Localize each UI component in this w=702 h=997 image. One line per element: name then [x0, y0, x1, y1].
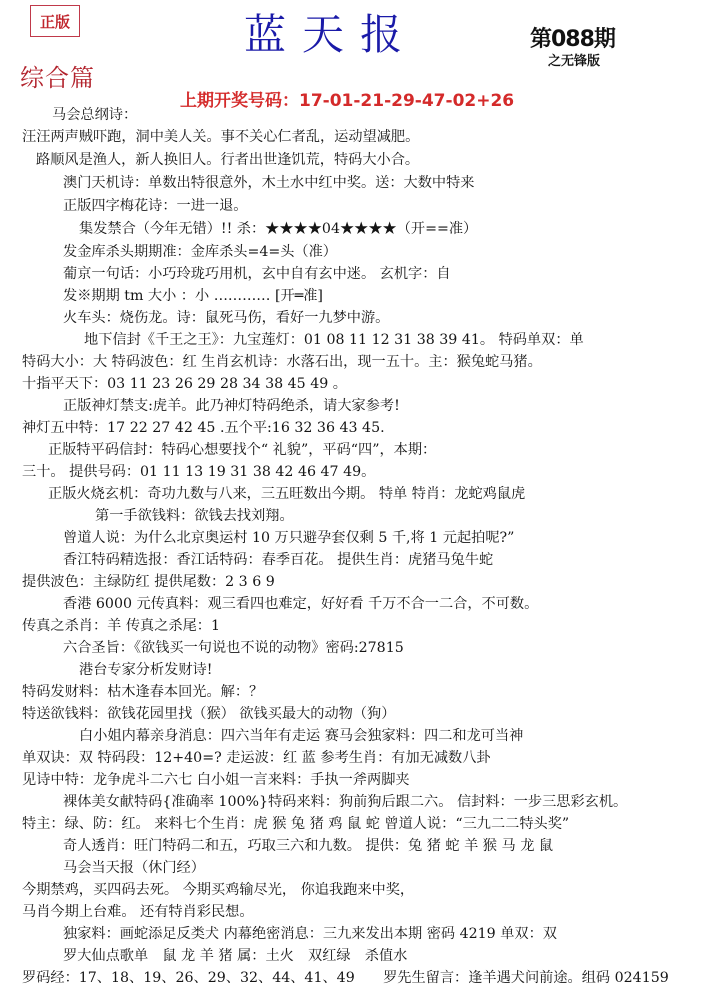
text-line: 汪汪两声贼吓跑，洞中美人关。事不关心仁者乱，运动望减肥。: [22, 126, 419, 146]
text-line: 葡京一句话：小巧玲珑巧用机，玄中自有玄中迷。 玄机字：自: [63, 263, 451, 283]
text-line: 马肖今期上台难。 还有特肖彩民想。: [22, 901, 254, 921]
text-line: 奇人透肖：旺门特码二和五，巧取三六和九数。 提供：兔 猪 蛇 羊 猴 马 龙 鼠: [63, 835, 553, 855]
text-line: 特码发财料：枯木逢春本回光。解：？: [22, 681, 263, 701]
text-line: 特码大小：大 特码波色：红 生肖玄机诗：水落石出，现一五十。主：猴兔蛇马猪。: [22, 351, 542, 371]
text-line: 白小姐内幕亲身消息：四六当年有走运 赛马会独家料：四二和龙可当神: [79, 725, 523, 745]
text-line: 见诗中特：龙争虎斗二六七 白小姐一言来料：手执一斧两脚夹: [22, 769, 410, 789]
text-line: 马会总纲诗：: [52, 104, 137, 124]
text-line: 特主：绿、防：红。 来料七个生肖：虎 猴 兔 猪 鸡 鼠 蛇 曾道人说：“三九二…: [22, 813, 569, 833]
text-line: 正版特平码信封：特码心想要找个“ 礼貌”，平码“四”，本期：: [48, 439, 436, 459]
text-line: 单双诀：双 特码段：12+40=? 走运波：红 蓝 参考生肖：有加无减数八卦: [22, 747, 491, 767]
issue-number: 第088期: [530, 22, 615, 53]
last-draw-numbers: 17-01-21-29-47-02+26: [299, 91, 514, 111]
text-line: 地下信封《千王之王》：九宝莲灯：01 08 11 12 31 38 39 41。…: [84, 329, 584, 349]
text-line: 十指平天下：03 11 23 26 29 28 34 38 45 49 。: [22, 373, 347, 393]
text-line: 今期禁鸡，买四码去死。 今期买鸡输尽光， 你追我跑来中奖，: [22, 879, 414, 899]
text-line: 裸体美女献特码{准确率 100%}特码来料：狗前狗后跟二六。 信封料：一步三思彩…: [63, 791, 627, 811]
genuine-edition-stamp: 正版: [30, 5, 80, 37]
text-line: 火车头：烧伤龙。诗：鼠死马伤，看好一九梦中游。: [63, 307, 389, 327]
newspaper-title: 蓝天报: [244, 2, 434, 62]
text-line: 罗码经：17、18、19、26、29、32、44、41、49 罗先生留言：逢羊遇…: [22, 967, 669, 987]
text-line: 罗大仙点歌单 鼠 龙 羊 猪 属：土火 双红绿 杀值水: [63, 945, 407, 965]
text-line: 发金库杀头期期准：金库杀头=4=头（准）: [63, 241, 337, 261]
edition-label: 之无锋版: [548, 50, 600, 69]
text-line: 正版四字梅花诗：一进一退。: [63, 195, 247, 215]
text-line: 神灯五中特：17 22 27 42 45 .五个平:16 32 36 43 45…: [22, 417, 385, 437]
text-line: 曾道人说：为什么北京奥运村 10 万只避孕套仅剩 5 千,将 1 元起拍呢?”: [63, 527, 514, 547]
text-line: 独家料：画蛇添足反类犬 内幕绝密消息：三九来发出本期 密码 4219 单双：双: [63, 923, 557, 943]
text-line: 香江特码精选报：香江话特码：春季百花。 提供生肖：虎猪马兔牛蛇: [63, 549, 493, 569]
text-line: 港台专家分析发财诗!: [79, 659, 212, 679]
text-line: 六合圣旨：《欲钱买一句说也不说的动物》密码:27815: [63, 637, 404, 657]
text-line: 发※期期 tm 大小 ：小 ………… [开═准]: [63, 285, 323, 305]
text-line: 路顺风是渔人，新人换旧人。行者出世逢饥荒，特码大小合。: [36, 149, 419, 169]
text-line: 第一手欲钱料：欲钱去找刘翔。: [95, 505, 294, 525]
text-line: 集发禁合（今年无错）!! 杀：★★★★04★★★★（开==准）: [79, 218, 477, 238]
text-line: 马会当天报（休门经）: [63, 857, 205, 877]
text-line: 正版火烧玄机：奇功九数与八来，三五旺数出今期。 特单 特肖：龙蛇鸡鼠虎: [48, 483, 525, 503]
text-line: 传真之杀肖：羊 传真之杀尾：1: [22, 615, 220, 635]
text-line: 澳门天机诗：单数出特很意外，木土水中红中奖。送：大数中特来: [63, 172, 474, 192]
text-line: 香港 6000 元传真料：观三看四也难定，好好看 千万不合一二合，不可数。: [63, 593, 538, 613]
text-line: 提供波色：主绿防红 提供尾数：2 3 6 9: [22, 571, 275, 591]
text-line: 正版神灯禁支:虎羊。此乃神灯特码绝杀，请大家参考!: [63, 395, 400, 415]
text-line: 三十。 提供号码：01 11 13 19 31 38 42 46 47 49。: [22, 461, 375, 481]
last-draw-result: 上期开奖号码：17-01-21-29-47-02+26: [180, 86, 514, 111]
section-title: 综合篇: [20, 58, 95, 93]
last-draw-label: 上期开奖号码：: [180, 91, 299, 111]
text-line: 特送欲钱料：欲钱花园里找（猴） 欲钱买最大的动物（狗）: [22, 703, 395, 723]
